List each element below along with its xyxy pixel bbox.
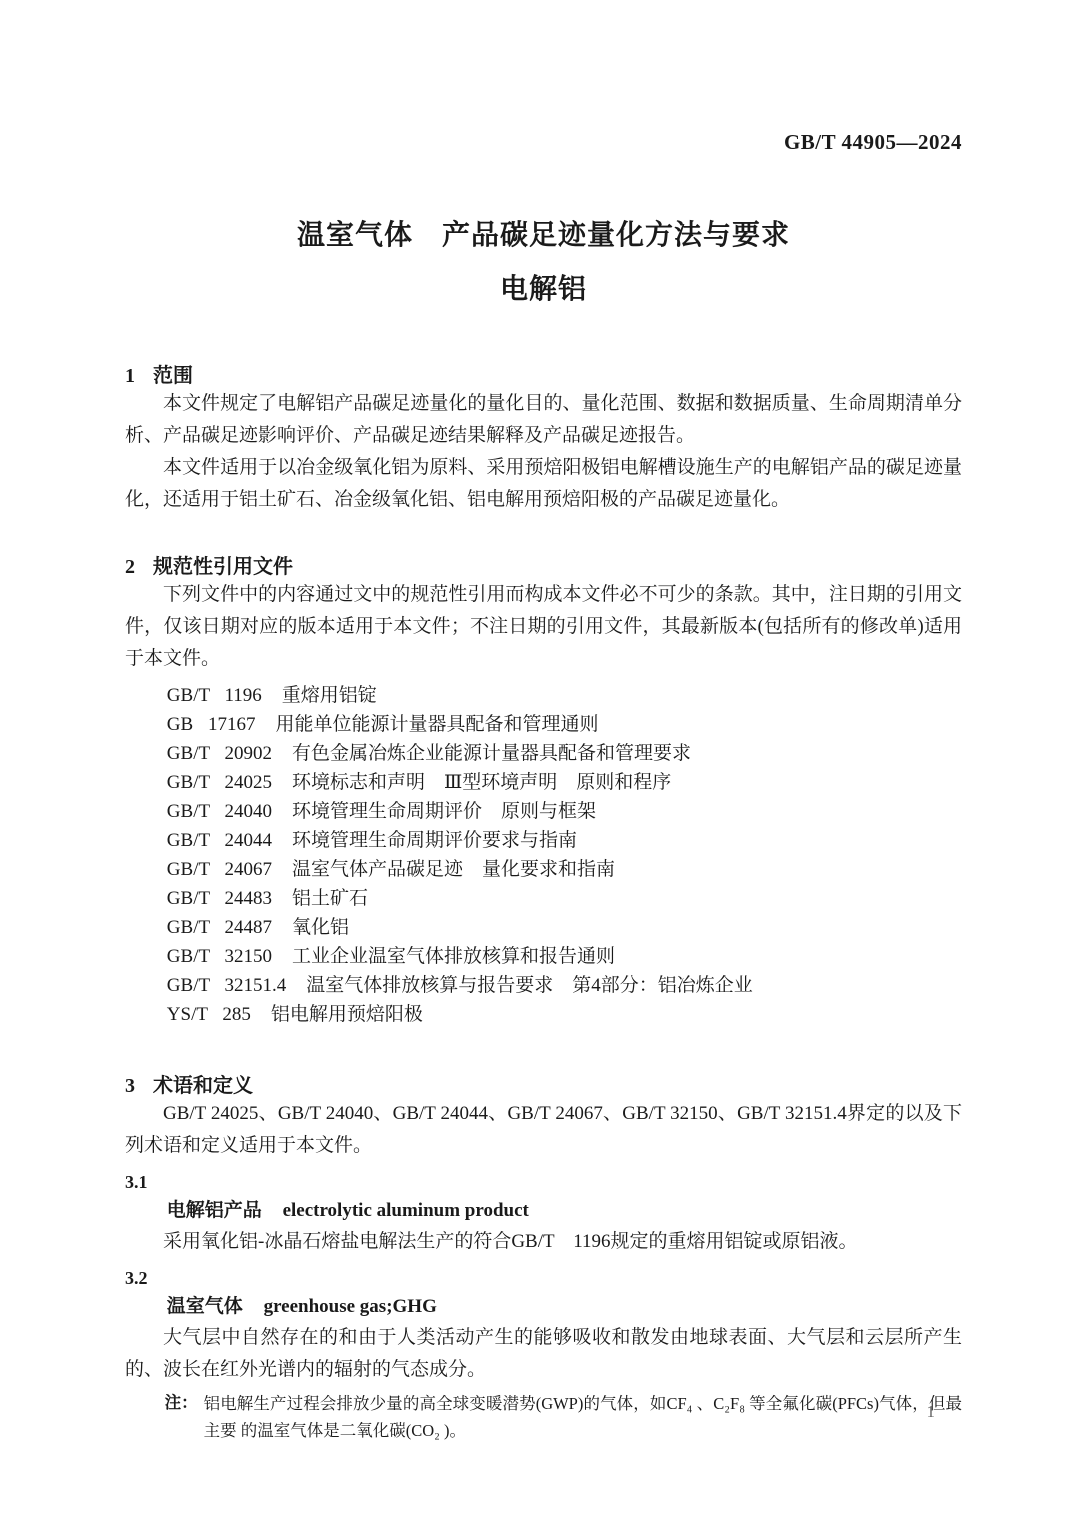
reference-code: GB/T 24483: [167, 884, 272, 913]
reference-title: 温室气体排放核算与报告要求 第4部分：铝冶炼企业: [306, 971, 753, 1000]
reference-title: 温室气体产品碳足迹 量化要求和指南: [292, 855, 615, 884]
reference-item: GB/T 24025 环境标志和声明 Ⅲ型环境声明 原则和程序: [125, 768, 962, 797]
section-3-heading: 3术语和定义: [125, 1069, 962, 1098]
reference-item: GB/T 32151.4 温室气体排放核算与报告要求 第4部分：铝冶炼企业: [125, 971, 962, 1000]
section-1-paragraph-2: 本文件适用于以冶金级氧化铝为原料、采用预焙阳极铝电解槽设施生产的电解铝产品的碳足…: [125, 452, 962, 516]
section-2-paragraph-1: 下列文件中的内容通过文中的规范性引用而构成本文件必不可少的条款。其中，注日期的引…: [125, 579, 962, 675]
reference-title: 环境标志和声明 Ⅲ型环境声明 原则和程序: [292, 768, 671, 797]
reference-code: GB 17167: [167, 710, 256, 739]
document-page: GB/T 44905—2024 温室气体 产品碳足迹量化方法与要求 电解铝 1范…: [0, 0, 1080, 1527]
reference-item: GB/T 32150 工业企业温室气体排放核算和报告通则: [125, 942, 962, 971]
section-1-paragraph-1: 本文件规定了电解铝产品碳足迹量化的量化目的、量化范围、数据和数据质量、生命周期清…: [125, 388, 962, 452]
standard-code: GB/T 44905—2024: [125, 0, 962, 155]
reference-title: 重熔用铝锭: [282, 681, 377, 710]
section-2-title: 规范性引用文件: [153, 556, 293, 578]
reference-item: GB/T 1196 重熔用铝锭: [125, 681, 962, 710]
term-english: greenhouse gas;GHG: [264, 1296, 437, 1317]
reference-item: GB/T 24044 环境管理生命周期评价要求与指南: [125, 826, 962, 855]
reference-item: GB/T 24067 温室气体产品碳足迹 量化要求和指南: [125, 855, 962, 884]
term-title-line: 电解铝产品 electrolytic aluminum product: [125, 1196, 962, 1226]
section-1-heading: 1范围: [125, 359, 962, 388]
term-english: electrolytic aluminum product: [283, 1200, 529, 1221]
reference-item: GB/T 20902 有色金属冶炼企业能源计量器具配备和管理要求: [125, 739, 962, 768]
normative-reference-list: GB/T 1196 重熔用铝锭 GB 17167 用能单位能源计量器具配备和管理…: [125, 681, 962, 1029]
reference-code: YS/T 285: [167, 1000, 251, 1029]
reference-item: GB/T 24487 氧化铝: [125, 913, 962, 942]
term-entry-3-2: 3.2 温室气体 greenhouse gas;GHG 大气层中自然存在的和由于…: [125, 1264, 962, 1444]
reference-title: 铝土矿石: [292, 884, 368, 913]
page-content: GB/T 44905—2024 温室气体 产品碳足迹量化方法与要求 电解铝 1范…: [125, 0, 962, 1444]
term-number: 3.1: [125, 1168, 962, 1196]
term-number: 3.2: [125, 1264, 962, 1292]
section-1-title: 范围: [153, 365, 193, 387]
term-note: 注： 铝电解生产过程会排放少量的高全球变暖潜势(GWP)的气体，如CF₄ 、C₂…: [125, 1390, 962, 1444]
reference-item: YS/T 285 铝电解用预焙阳极: [125, 1000, 962, 1029]
reference-title: 用能单位能源计量器具配备和管理通则: [275, 710, 598, 739]
section-2-number: 2: [125, 556, 135, 578]
section-2-heading: 2规范性引用文件: [125, 550, 962, 579]
reference-title: 环境管理生命周期评价 原则与框架: [292, 797, 596, 826]
reference-code: GB/T 32150: [167, 942, 272, 971]
document-title-line1: 温室气体 产品碳足迹量化方法与要求: [125, 213, 962, 253]
page-number: 1: [927, 1402, 936, 1422]
reference-code: GB/T 24040: [167, 797, 272, 826]
section-3-number: 3: [125, 1075, 135, 1097]
reference-code: GB/T 24067: [167, 855, 272, 884]
reference-title: 工业企业温室气体排放核算和报告通则: [292, 942, 615, 971]
document-title-line2: 电解铝: [125, 267, 962, 307]
term-title-line: 温室气体 greenhouse gas;GHG: [125, 1292, 962, 1322]
term-definition: 大气层中自然存在的和由于人类活动产生的能够吸收和散发由地球表面、大气层和云层所产…: [125, 1322, 962, 1386]
term-definition: 采用氧化铝-冰晶石熔盐电解法生产的符合GB/T 1196规定的重熔用铝锭或原铝液…: [125, 1226, 962, 1258]
note-text: 铝电解生产过程会排放少量的高全球变暖潜势(GWP)的气体，如CF₄ 、C₂F₈ …: [204, 1390, 962, 1444]
term-chinese: 温室气体: [167, 1296, 243, 1317]
section-1-number: 1: [125, 365, 135, 387]
reference-title: 氧化铝: [292, 913, 349, 942]
reference-title: 环境管理生命周期评价要求与指南: [292, 826, 577, 855]
term-entry-3-1: 3.1 电解铝产品 electrolytic aluminum product …: [125, 1168, 962, 1258]
reference-item: GB/T 24040 环境管理生命周期评价 原则与框架: [125, 797, 962, 826]
term-chinese: 电解铝产品: [167, 1200, 262, 1221]
section-3-paragraph-1: GB/T 24025、GB/T 24040、GB/T 24044、GB/T 24…: [125, 1098, 962, 1162]
reference-title: 铝电解用预焙阳极: [271, 1000, 423, 1029]
reference-code: GB/T 1196: [167, 681, 262, 710]
reference-item: GB 17167 用能单位能源计量器具配备和管理通则: [125, 710, 962, 739]
note-label: 注：: [165, 1390, 198, 1444]
reference-code: GB/T 32151.4: [167, 971, 286, 1000]
reference-code: GB/T 24044: [167, 826, 272, 855]
reference-code: GB/T 24025: [167, 768, 272, 797]
section-3-title: 术语和定义: [153, 1075, 253, 1097]
reference-title: 有色金属冶炼企业能源计量器具配备和管理要求: [292, 739, 691, 768]
reference-code: GB/T 24487: [167, 913, 272, 942]
reference-code: GB/T 20902: [167, 739, 272, 768]
reference-item: GB/T 24483 铝土矿石: [125, 884, 962, 913]
